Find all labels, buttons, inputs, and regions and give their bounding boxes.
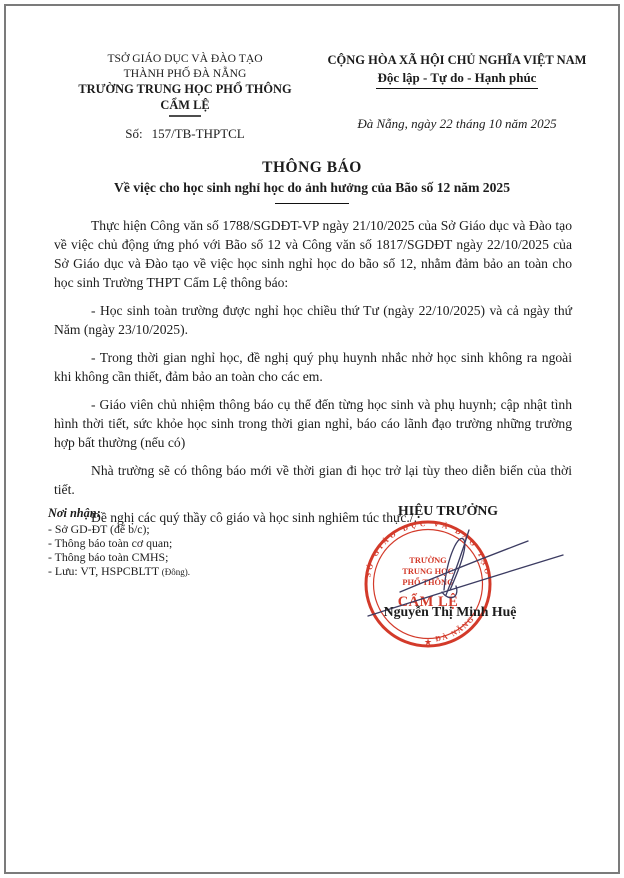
- title-divider: [275, 203, 349, 205]
- motto-wrap: Độc lập - Tự do - Hạnh phúc: [322, 68, 592, 89]
- paragraph-bullet-2: - Trong thời gian nghỉ học, đề nghị quý …: [54, 348, 572, 386]
- country-name: CỘNG HÒA XÃ HỘI CHỦ NGHĨA VIỆT NAM: [322, 52, 592, 68]
- paragraph-bullet-3: - Giáo viên chủ nhiệm thông báo cụ thể đ…: [54, 395, 572, 452]
- recipients-block: Nơi nhận: - Sở GD-ĐT (để b/c); - Thông b…: [48, 506, 190, 579]
- recipient-item: - Sở GD-ĐT (để b/c);: [48, 522, 190, 536]
- signature-loop: [444, 538, 465, 590]
- principal-signature-icon: [362, 518, 577, 653]
- archive-main: - Lưu: VT, HSPCBLTT: [48, 564, 159, 578]
- paragraph-notice: Nhà trường sẽ có thông báo mới về thời g…: [54, 461, 572, 499]
- national-motto: Độc lập - Tự do - Hạnh phúc: [376, 70, 539, 89]
- issuing-org-block: TSỞ GIÁO DỤC VÀ ĐÀO TẠO THÀNH PHỐ ĐÀ NẴN…: [48, 52, 322, 143]
- national-motto-block: CỘNG HÒA XÃ HỘI CHỦ NGHĨA VIỆT NAM Độc l…: [322, 52, 592, 143]
- place-date-line: Đà Nẵng, ngày 22 tháng 10 năm 2025: [322, 116, 592, 133]
- school-name-underline: [169, 115, 201, 117]
- paragraph-intro: Thực hiện Công văn số 1788/SGDĐT-VP ngày…: [54, 216, 572, 292]
- title-block: THÔNG BÁO Về việc cho học sinh nghỉ học …: [6, 159, 618, 205]
- document-page: TSỞ GIÁO DỤC VÀ ĐÀO TẠO THÀNH PHỐ ĐÀ NẴN…: [4, 4, 620, 874]
- document-number-line: Số:157/TB-THPTCL: [48, 126, 322, 143]
- paragraph-bullet-1: - Học sinh toàn trường được nghỉ học chi…: [54, 301, 572, 339]
- org-parent-line-1: TSỞ GIÁO DỤC VÀ ĐÀO TẠO: [48, 52, 322, 67]
- recipient-item-archive: - Lưu: VT, HSPCBLTT (Đông).: [48, 564, 190, 579]
- signer-role-title: HIỆU TRƯỞNG: [348, 503, 548, 519]
- signer-name: Nguyễn Thị Minh Huệ: [350, 604, 550, 620]
- archive-note: (Đông).: [162, 567, 190, 577]
- school-name-line: TRƯỜNG TRUNG HỌC PHỔ THÔNG: [48, 82, 322, 98]
- recipient-item: - Thông báo toàn CMHS;: [48, 550, 190, 564]
- document-number-label: Số:: [125, 126, 142, 141]
- recipients-label: Nơi nhận:: [48, 506, 190, 520]
- recipient-item: - Thông báo toàn cơ quan;: [48, 536, 190, 550]
- document-subtitle: Về việc cho học sinh nghỉ học do ảnh hưở…: [6, 180, 618, 196]
- document-title: THÔNG BÁO: [6, 159, 618, 177]
- org-parent-line-2: THÀNH PHỐ ĐÀ NẴNG: [48, 67, 322, 82]
- document-number-value: 157/TB-THPTCL: [152, 126, 245, 141]
- document-footer: Nơi nhận: - Sở GD-ĐT (để b/c); - Thông b…: [6, 498, 618, 678]
- school-name-short: CẨM LỆ: [48, 98, 322, 114]
- document-body: Thực hiện Công văn số 1788/SGDĐT-VP ngày…: [54, 216, 572, 527]
- document-header: TSỞ GIÁO DỤC VÀ ĐÀO TẠO THÀNH PHỐ ĐÀ NẴN…: [48, 52, 592, 143]
